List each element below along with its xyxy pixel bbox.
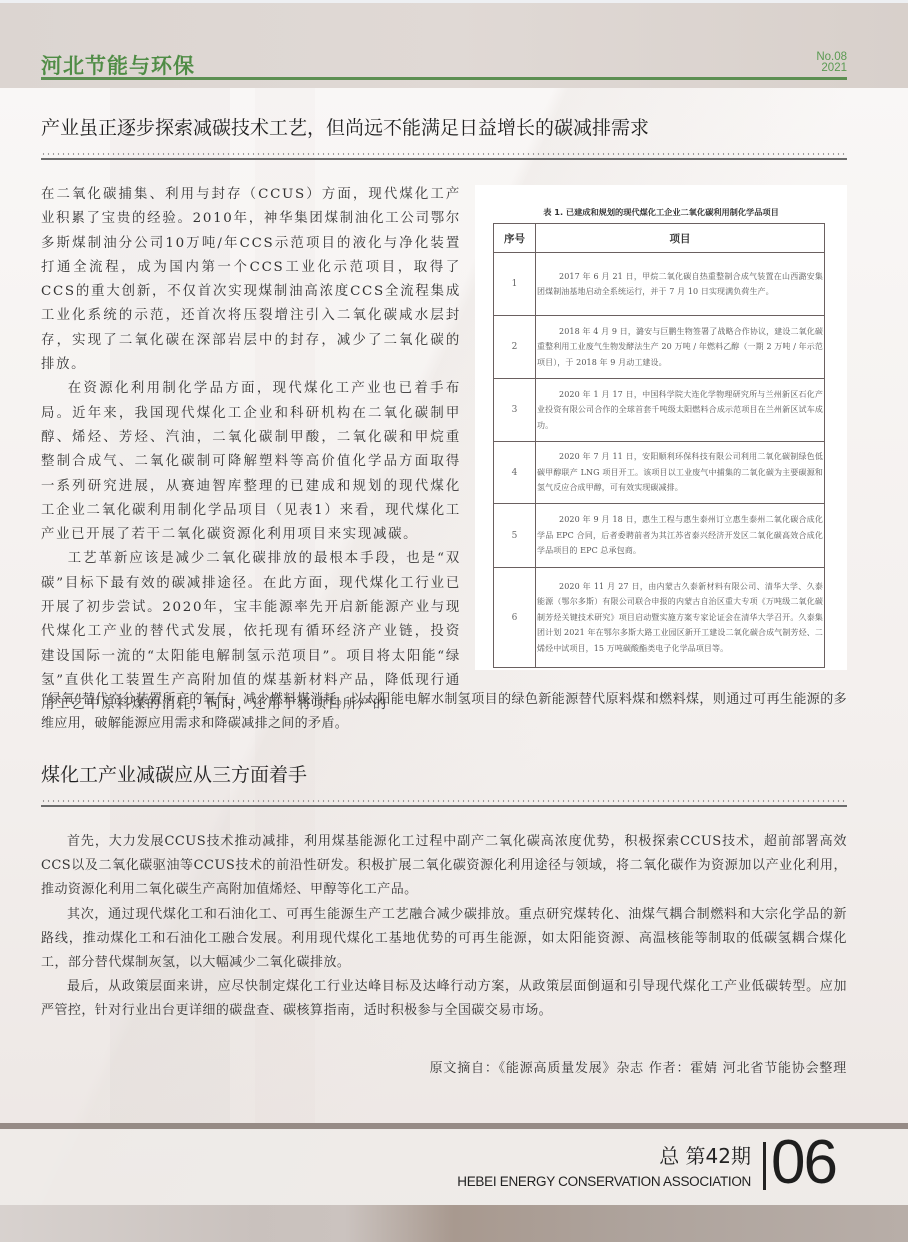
issue-number: No.08 2021 — [816, 52, 847, 74]
footer-issue-total: 总 第42期 — [659, 1140, 751, 1169]
footer-bottom — [0, 1205, 908, 1242]
section1-body: 在二氧化碳捕集、利用与封存（CCUS）方面，现代煤化工产业积累了宝贵的经验。20… — [41, 183, 461, 718]
issue-year: 2021 — [816, 63, 847, 74]
row-number: 2 — [494, 316, 536, 379]
table-row: 4 2020 年 7 月 11 日，安阳顺利环保科技有限公司利用二氧化碳制绿色低… — [494, 442, 825, 504]
dotted-divider — [41, 800, 847, 802]
paragraph: 在资源化利用制化学品方面，现代煤化工产业也已着手布局。近年来，我国现代煤化工企业… — [41, 377, 461, 547]
source-attribution: 原文摘自：《能源高质量发展》杂志 作者：霍婧 河北省节能协会整理 — [430, 1057, 847, 1076]
row-number: 3 — [494, 379, 536, 442]
section1-continuation: “绿氧”替代空分装置所产的氧气，减少燃料煤消耗。以太阳能电解水制氢项目的绿色新能… — [41, 688, 847, 736]
header-rule — [41, 77, 847, 80]
row-number: 5 — [494, 504, 536, 568]
section-rule — [41, 158, 847, 160]
table-header-row: 序号 项目 — [494, 224, 825, 253]
row-text: 2018 年 4 月 9 日，潞安与巨鹏生物签署了战略合作协议，建设二氧化碳重整… — [536, 316, 825, 379]
table-row: 2 2018 年 4 月 9 日，潞安与巨鹏生物签署了战略合作协议，建设二氧化碳… — [494, 316, 825, 379]
paragraph: 在二氧化碳捕集、利用与封存（CCUS）方面，现代煤化工产业积累了宝贵的经验。20… — [41, 183, 461, 377]
magazine-title: 河北节能与环保 — [41, 50, 195, 80]
paragraph: 首先，大力发展CCUS技术推动减排，利用煤基能源化工过程中副产二氧化碳高浓度优势… — [41, 830, 847, 903]
section-rule — [41, 805, 847, 807]
table-row: 5 2020 年 9 月 18 日，惠生工程与惠生泰州订立惠生泰州二氧化碳合成化… — [494, 504, 825, 568]
row-text: 2020 年 9 月 18 日，惠生工程与惠生泰州订立惠生泰州二氧化碳合成化学品… — [536, 504, 825, 568]
section-title-1: 产业虽正逐步探索减碳技术工艺，但尚远不能满足日益增长的碳减排需求 — [41, 113, 649, 140]
table-row: 3 2020 年 1 月 17 日，中国科学院大连化学物理研究所与兰州新区石化产… — [494, 379, 825, 442]
paragraph: 其次，通过现代煤化工和石油化工、可再生能源生产工艺融合减少碳排放。重点研究煤转化… — [41, 903, 847, 976]
table-row: 6 2020 年 11 月 27 日，由内蒙古久泰新材料有限公司、清华大学、久泰… — [494, 568, 825, 668]
footer-association: HEBEI ENERGY CONSERVATION ASSOCIATION — [457, 1174, 751, 1189]
row-number: 6 — [494, 568, 536, 668]
row-number: 1 — [494, 253, 536, 316]
dotted-divider — [41, 153, 847, 155]
column-header-project: 项目 — [536, 224, 825, 253]
row-number: 4 — [494, 442, 536, 504]
footer-divider — [763, 1142, 766, 1190]
row-text: 2017 年 6 月 21 日，甲烷二氧化碳自热重整制合成气装置在山西潞安集团煤… — [536, 253, 825, 316]
projects-table: 序号 项目 1 2017 年 6 月 21 日，甲烷二氧化碳自热重整制合成气装置… — [493, 223, 825, 668]
row-text: 2020 年 1 月 17 日，中国科学院大连化学物理研究所与兰州新区石化产业投… — [536, 379, 825, 442]
section2-body: 首先，大力发展CCUS技术推动减排，利用煤基能源化工过程中副产二氧化碳高浓度优势… — [41, 830, 847, 1024]
table-row: 1 2017 年 6 月 21 日，甲烷二氧化碳自热重整制合成气装置在山西潞安集… — [494, 253, 825, 316]
table-caption: 表 1. 已建成和规划的现代煤化工企业二氧化碳利用制化学品项目 — [475, 207, 847, 218]
section-title-2: 煤化工产业减碳应从三方面着手 — [41, 760, 307, 787]
paragraph: 最后，从政策层面来讲，应尽快制定煤化工行业达峰目标及达峰行动方案，从政策层面倒逼… — [41, 975, 847, 1023]
table-panel: 表 1. 已建成和规划的现代煤化工企业二氧化碳利用制化学品项目 序号 项目 1 … — [475, 185, 847, 670]
row-text: 2020 年 11 月 27 日，由内蒙古久泰新材料有限公司、清华大学、久泰能源… — [536, 568, 825, 668]
row-text: 2020 年 7 月 11 日，安阳顺利环保科技有限公司利用二氧化碳制绿色低碳甲… — [536, 442, 825, 504]
page-number: 06 — [771, 1128, 836, 1198]
column-header-no: 序号 — [494, 224, 536, 253]
paragraph: “绿氧”替代空分装置所产的氧气，减少燃料煤消耗。以太阳能电解水制氢项目的绿色新能… — [41, 688, 847, 736]
